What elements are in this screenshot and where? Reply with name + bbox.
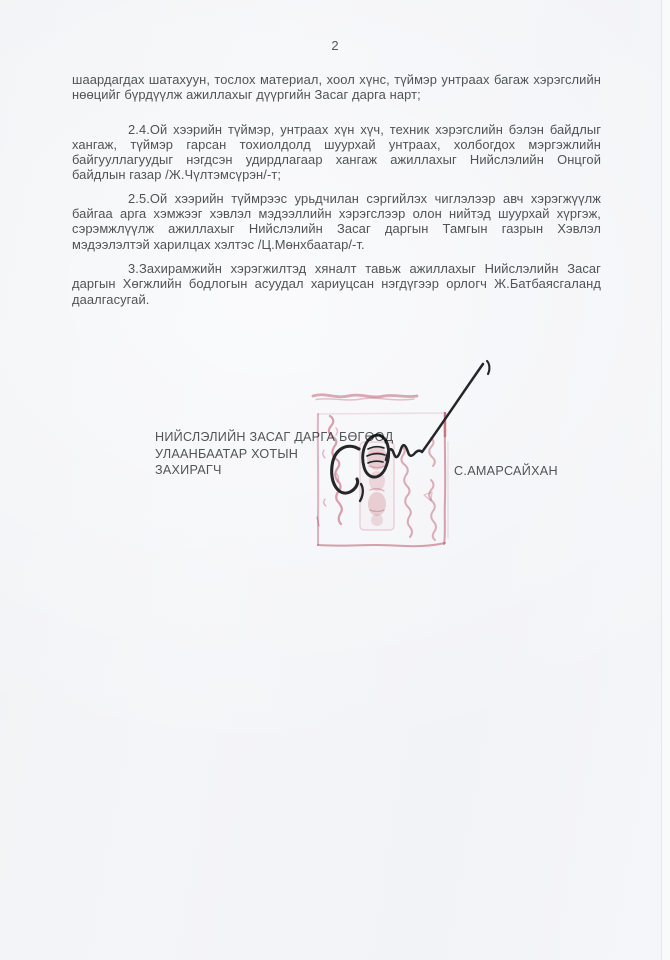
signatory-title-line: ЗАХИРАГЧ [155, 462, 393, 479]
page-number: 2 [0, 38, 670, 53]
paragraph: 3.Захирамжийн хэрэгжилтэд хяналт тавьж а… [72, 261, 601, 307]
signatory-title-line: УЛААНБААТАР ХОТЫН [155, 446, 393, 463]
signature-block: НИЙСЛЭЛИЙН ЗАСАГ ДАРГА БӨГӨӨД УЛААНБААТА… [155, 429, 393, 479]
signatory-name: С.АМАРСАЙХАН [454, 464, 558, 478]
document-body: шаардагдах шатахуун, тослох материал, хо… [72, 72, 601, 307]
paragraph: 2.4.Ой хээрийн түймэр, унтраах хүн хүч, … [72, 122, 601, 183]
document-page: 2 шаардагдах шатахуун, тослох материал, … [0, 0, 670, 960]
paragraph: 2.5.Ой хээрийн түймрээс урьдчилан сэргий… [72, 191, 601, 252]
paragraph: шаардагдах шатахуун, тослох материал, хо… [72, 72, 601, 103]
signatory-title-line: НИЙСЛЭЛИЙН ЗАСАГ ДАРГА БӨГӨӨД [155, 429, 393, 446]
